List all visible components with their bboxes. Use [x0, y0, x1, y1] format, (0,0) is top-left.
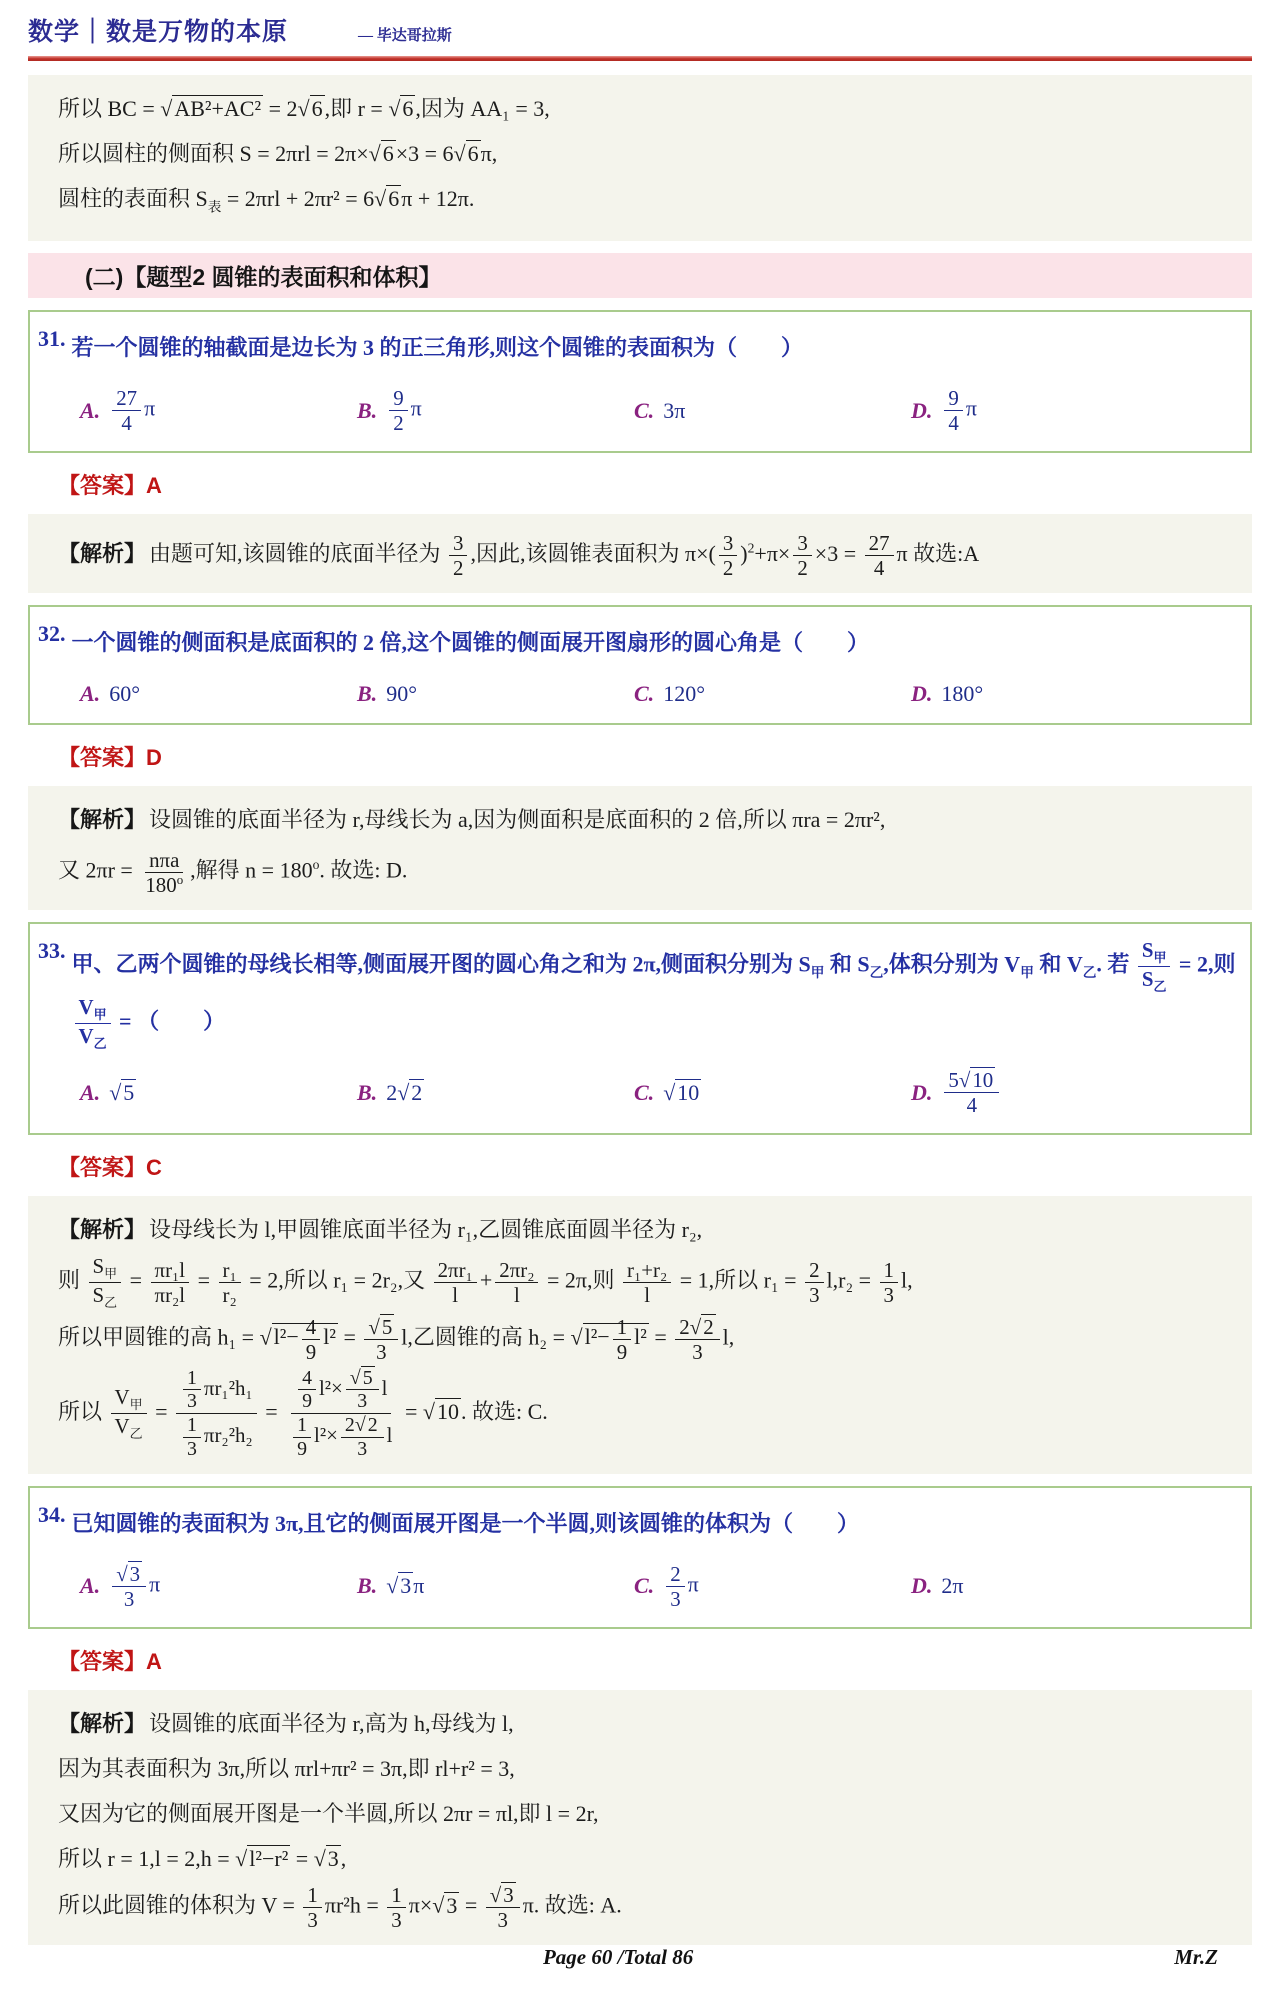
option-label: C. — [634, 681, 654, 707]
option-a: A.274π — [80, 386, 357, 435]
brand-author: — 毕达哥拉斯 — [358, 24, 452, 45]
problem-box-33: 33. 甲、乙两个圆锥的母线长相等,侧面展开图的圆心角之和为 2π,侧面积分别为… — [28, 922, 1252, 1135]
analysis-label: 【解析】 — [58, 807, 146, 832]
option-value: 2√2 — [386, 1080, 424, 1106]
option-value: √10 — [663, 1080, 701, 1106]
analysis-line: 所以此圆锥的体积为 V = 13πr²h = 13π×√3 = √33π. 故选… — [58, 1883, 1222, 1932]
options-row: A.√5 B.2√2 C.√10 D.5√104 — [38, 1068, 1236, 1117]
option-b: B.√3π — [357, 1573, 634, 1599]
option-label: C. — [634, 1573, 654, 1599]
answer-label: 【答案】 — [58, 745, 146, 770]
answer-value: A — [146, 1649, 162, 1674]
analysis-line: 【解析】由题可知,该圆锥的底面半径为 32,因此,该圆锥表面积为 π×(32)2… — [58, 527, 1222, 580]
option-d: D.2π — [911, 1573, 964, 1599]
analysis-label: 【解析】 — [58, 1711, 146, 1736]
option-label: C. — [634, 398, 654, 424]
page-header: 数学｜数是万物的本原 — 毕达哥拉斯 — [0, 0, 1280, 61]
problem-question: 甲、乙两个圆锥的母线长相等,侧面展开图的圆心角之和为 2π,侧面积分别为 S甲 … — [72, 938, 1237, 1052]
option-a: A.√33π — [80, 1562, 357, 1611]
analysis-line: 又 2πr = nπa180o,解得 n = 180o. 故选: D. — [58, 844, 1222, 897]
answer-row-31: 【答案】A — [28, 453, 1252, 502]
analysis-line: 所以甲圆锥的高 h₁ = √l²−49l² = √53l,乙圆锥的高 h₂ = … — [58, 1315, 1222, 1364]
option-b: B.92π — [357, 386, 634, 435]
problem-box-32: 32. 一个圆锥的侧面积是底面积的 2 倍,这个圆锥的侧面展开图扇形的圆心角是（… — [28, 605, 1252, 725]
analysis-block-33: 【解析】设母线长为 l,甲圆锥底面半径为 r₁,乙圆锥底面圆半径为 r₂, 则 … — [28, 1196, 1252, 1474]
option-c: C.120° — [634, 681, 911, 707]
question-line: 31. 若一个圆锥的轴截面是边长为 3 的正三角形,则这个圆锥的表面积为（ ） — [38, 326, 1236, 370]
option-d: D.5√104 — [911, 1068, 1002, 1117]
analysis-text: 设圆锥的底面半径为 r,高为 h,母线为 l, — [149, 1711, 514, 1736]
option-value: 274π — [109, 386, 155, 435]
analysis-block-34: 【解析】设圆锥的底面半径为 r,高为 h,母线为 l, 因为其表面积为 3π,所… — [28, 1690, 1252, 1945]
option-label: B. — [357, 681, 377, 707]
answer-label: 【答案】 — [58, 1155, 146, 1180]
analysis-text: 由题可知,该圆锥的底面半径为 32,因此,该圆锥表面积为 π×(32)2+π×3… — [149, 541, 979, 566]
document-page: 数学｜数是万物的本原 — 毕达哥拉斯 所以 BC = √AB²+AC² = 2√… — [0, 0, 1280, 1994]
option-value: 90° — [386, 681, 417, 707]
math-line: 圆柱的表面积 S表 = 2πrl + 2πr² = 6√6π + 12π. — [58, 178, 1222, 228]
option-value: √5 — [109, 1080, 136, 1106]
option-value: 2π — [941, 1573, 963, 1599]
options-row: A.274π B.92π C.3π D.94π — [38, 386, 1236, 435]
option-label: A. — [80, 1080, 100, 1106]
option-c: C.3π — [634, 398, 911, 424]
option-value: 23π — [663, 1562, 699, 1611]
problem-box-31: 31. 若一个圆锥的轴截面是边长为 3 的正三角形,则这个圆锥的表面积为（ ） … — [28, 310, 1252, 453]
option-a: A.60° — [80, 681, 357, 707]
option-value: 120° — [663, 681, 705, 707]
option-d: D.94π — [911, 386, 977, 435]
author-signature: Mr.Z — [1174, 1945, 1218, 1970]
analysis-label: 【解析】 — [58, 541, 146, 566]
option-label: D. — [911, 681, 932, 707]
answer-label: 【答案】 — [58, 1649, 146, 1674]
option-label: B. — [357, 1080, 377, 1106]
topic-section-header: (二)【题型2 圆锥的表面积和体积】 — [28, 253, 1252, 298]
option-label: D. — [911, 398, 932, 424]
problem-number: 33. — [38, 938, 66, 1052]
solution-continuation-block: 所以 BC = √AB²+AC² = 2√6,即 r = √6,因为 AA₁ =… — [28, 75, 1252, 241]
analysis-text: 设母线长为 l,甲圆锥底面半径为 r₁,乙圆锥底面圆半径为 r₂, — [149, 1217, 702, 1242]
analysis-line: 【解析】设圆锥的底面半径为 r,母线长为 a,因为侧面积是底面积的 2 倍,所以… — [58, 799, 1222, 841]
problem-box-34: 34. 已知圆锥的表面积为 3π,且它的侧面展开图是一个半圆,则该圆锥的体积为（… — [28, 1486, 1252, 1629]
page-indicator: Page 60 /Total 86 — [0, 1945, 1174, 1970]
question-line: 34. 已知圆锥的表面积为 3π,且它的侧面展开图是一个半圆,则该圆锥的体积为（… — [38, 1502, 1236, 1546]
answer-row-33: 【答案】C — [28, 1135, 1252, 1184]
analysis-line: 【解析】设母线长为 l,甲圆锥底面半径为 r₁,乙圆锥底面圆半径为 r₂, — [58, 1209, 1222, 1251]
option-b: B.90° — [357, 681, 634, 707]
problem-question: 若一个圆锥的轴截面是边长为 3 的正三角形,则这个圆锥的表面积为（ ） — [72, 326, 1237, 370]
problem-number: 34. — [38, 1502, 66, 1546]
analysis-block-31: 【解析】由题可知,该圆锥的底面半径为 32,因此,该圆锥表面积为 π×(32)2… — [28, 514, 1252, 593]
options-row: A.√33π B.√3π C.23π D.2π — [38, 1562, 1236, 1611]
document-body: 所以 BC = √AB²+AC² = 2√6,即 r = √6,因为 AA₁ =… — [0, 61, 1280, 1945]
option-d: D.180° — [911, 681, 983, 707]
option-value: 60° — [109, 681, 140, 707]
answer-value: C — [146, 1155, 162, 1180]
option-label: A. — [80, 398, 100, 424]
question-line: 32. 一个圆锥的侧面积是底面积的 2 倍,这个圆锥的侧面展开图扇形的圆心角是（… — [38, 621, 1236, 665]
analysis-line: 所以 V甲V乙 = 13πr₁²h₁13πr₂²h₂ = 49l²×√53l19… — [58, 1367, 1222, 1461]
option-value: 5√104 — [941, 1068, 1002, 1117]
option-value: √3π — [386, 1573, 424, 1599]
option-label: B. — [357, 1573, 377, 1599]
analysis-line: 则 S甲S乙 = πr₁lπr₂l = r₁r₂ = 2,所以 r₁ = 2r₂… — [58, 1254, 1222, 1311]
analysis-block-32: 【解析】设圆锥的底面半径为 r,母线长为 a,因为侧面积是底面积的 2 倍,所以… — [28, 786, 1252, 910]
option-c: C.√10 — [634, 1080, 911, 1106]
answer-row-32: 【答案】D — [28, 725, 1252, 774]
option-value: 3π — [663, 398, 685, 424]
analysis-line: 所以 r = 1,l = 2,h = √l²−r² = √3, — [58, 1838, 1222, 1880]
problem-question: 已知圆锥的表面积为 3π,且它的侧面展开图是一个半圆,则该圆锥的体积为（ ） — [72, 1502, 1237, 1546]
option-label: C. — [634, 1080, 654, 1106]
math-line: 所以圆柱的侧面积 S = 2πrl = 2π×√6×3 = 6√6π, — [58, 133, 1222, 175]
answer-value: A — [146, 473, 162, 498]
option-a: A.√5 — [80, 1080, 357, 1106]
option-label: A. — [80, 681, 100, 707]
answer-row-34: 【答案】A — [28, 1629, 1252, 1678]
options-row: A.60° B.90° C.120° D.180° — [38, 681, 1236, 707]
option-label: A. — [80, 1573, 100, 1599]
problem-number: 31. — [38, 326, 66, 370]
page-footer: Page 60 /Total 86 Mr.Z — [0, 1945, 1280, 1994]
option-c: C.23π — [634, 1562, 911, 1611]
analysis-text: 设圆锥的底面半径为 r,母线长为 a,因为侧面积是底面积的 2 倍,所以 πra… — [149, 807, 885, 832]
problem-question: 一个圆锥的侧面积是底面积的 2 倍,这个圆锥的侧面展开图扇形的圆心角是（ ） — [72, 621, 1237, 665]
option-value: 180° — [941, 681, 983, 707]
option-label: B. — [357, 398, 377, 424]
option-value: 92π — [386, 386, 422, 435]
option-label: D. — [911, 1080, 932, 1106]
brand-title: 数学｜数是万物的本原 — [28, 12, 288, 48]
answer-label: 【答案】 — [58, 473, 146, 498]
option-value: 94π — [941, 386, 977, 435]
analysis-line: 因为其表面积为 3π,所以 πrl+πr² = 3π,即 rl+r² = 3, — [58, 1748, 1222, 1790]
option-b: B.2√2 — [357, 1080, 634, 1106]
analysis-line: 又因为它的侧面展开图是一个半圆,所以 2πr = πl,即 l = 2r, — [58, 1793, 1222, 1835]
option-label: D. — [911, 1573, 932, 1599]
answer-value: D — [146, 745, 162, 770]
option-value: √33π — [109, 1562, 160, 1611]
brand-row: 数学｜数是万物的本原 — 毕达哥拉斯 — [28, 12, 1252, 48]
analysis-line: 【解析】设圆锥的底面半径为 r,高为 h,母线为 l, — [58, 1703, 1222, 1745]
analysis-label: 【解析】 — [58, 1217, 146, 1242]
math-line: 所以 BC = √AB²+AC² = 2√6,即 r = √6,因为 AA₁ =… — [58, 88, 1222, 130]
problem-number: 32. — [38, 621, 66, 665]
question-line: 33. 甲、乙两个圆锥的母线长相等,侧面展开图的圆心角之和为 2π,侧面积分别为… — [38, 938, 1236, 1052]
